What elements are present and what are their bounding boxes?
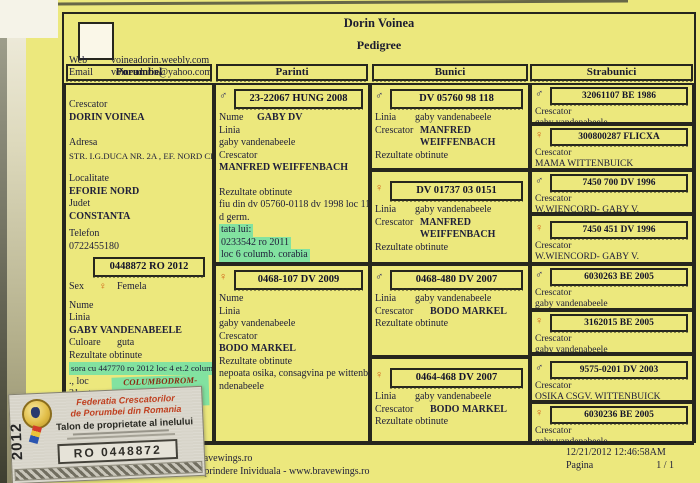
crescator-row: Crescator MANFRED WEIFFENBACH <box>375 125 525 150</box>
ring-number: 6030263 BE 2005 <box>550 268 688 286</box>
parent-dam-cell: ♀ 0468-107 DV 2009 Nume Linia gaby vande… <box>214 264 370 445</box>
result-line-1: nepoata osika, consagvina pe wittenbuick… <box>219 368 365 381</box>
crescator-row: Crescator BODO MARKEL <box>375 404 525 417</box>
linia-row: Linia gaby vandenabeele <box>375 391 525 404</box>
crescator-value: W.WIENCORD- GABY V. <box>535 205 689 214</box>
ring-number: 3162015 BE 2005 <box>550 314 688 332</box>
great-grandparent-cell-4: ♀ 7450 451 DV 1996 Crescator W.WIENCORD-… <box>530 214 694 264</box>
ring-row: ♀ 3162015 BE 2005 <box>535 314 688 332</box>
ring-number: 7450 700 DV 1996 <box>550 174 688 192</box>
crescator-label: Crescator <box>375 404 430 417</box>
linia-value: gaby vandenabeele <box>219 137 365 150</box>
female-icon: ♀ <box>99 281 117 294</box>
scan-top-line <box>58 0 628 5</box>
female-icon: ♀ <box>219 270 234 284</box>
sex-row: Sex ♀ Femela <box>69 281 209 294</box>
male-icon: ♂ <box>535 361 550 375</box>
crescator-label: Crescator <box>375 306 430 319</box>
female-icon: ♀ <box>535 221 550 235</box>
linia-label: Linia <box>375 293 415 306</box>
crescator-label: Crescator <box>535 381 689 392</box>
nume-row: Nume GABY DV <box>219 112 365 125</box>
linia-value: gaby vandenabeele <box>219 318 365 331</box>
subject-ring-number: 0448872 RO 2012 <box>93 257 205 277</box>
crescator-value: gaby vandenabeele <box>535 437 689 445</box>
male-icon: ♂ <box>375 89 390 103</box>
crescator-value: OSIKA CSGV. WITTENBUICK <box>535 392 689 402</box>
great-grandparent-cell-1: ♂ 32061107 BE 1986 Crescator gaby vanden… <box>530 83 694 124</box>
nume-value: GABY DV <box>257 112 302 125</box>
ring-number: 9575-0201 DV 2003 <box>550 361 688 379</box>
great-grandparent-cell-8: ♀ 6030236 BE 2005 Crescator gaby vandena… <box>530 402 694 445</box>
crescator-row: Crescator BODO MARKEL <box>375 306 525 319</box>
ring-row: ♀ 6030236 BE 2005 <box>535 406 688 424</box>
owner-city: EFORIE NORD <box>69 186 209 199</box>
nume-label: Nume <box>219 112 257 125</box>
crescator-value: gaby vandenabeele <box>535 345 689 354</box>
owner-county: CONSTANTA <box>69 211 209 224</box>
ring-row: ♀ DV 01737 03 0151 <box>375 181 523 201</box>
telefon-label: Telefon <box>69 228 209 241</box>
adresa-label: Adresa <box>69 137 209 150</box>
grandparent-cell-1: ♂ DV 05760 98 118 Linia gaby vandenabeel… <box>370 83 530 170</box>
female-icon: ♀ <box>535 406 550 420</box>
crescator-label: Crescator <box>69 99 209 112</box>
great-grandparent-cell-6: ♀ 3162015 BE 2005 Crescator gaby vandena… <box>530 310 694 354</box>
ring-row: ♂ 9575-0201 DV 2003 <box>535 361 688 379</box>
ring-number: 300800287 FLICXA <box>550 128 688 146</box>
ring-row: ♂ 23-22067 HUNG 2008 <box>219 89 363 109</box>
crescator-label: Crescator <box>535 148 689 159</box>
scan-corner <box>0 0 58 38</box>
owner-address: STR. I.G.DUCA NR. 2A , EF. NORD CP 3 <box>69 150 209 163</box>
footer-right: 12/21/2012 12:46:58AM Pagina 1 / 1 <box>566 446 696 472</box>
male-icon: ♂ <box>535 87 550 101</box>
crescator-value: BODO MARKEL <box>430 404 507 417</box>
crescator-value: gaby vandenabeele <box>535 299 689 310</box>
ring-number: 0468-480 DV 2007 <box>390 270 523 290</box>
linia-value: gaby vandenabeele <box>415 112 491 125</box>
ring-number: 6030236 BE 2005 <box>550 406 688 424</box>
linia-row: Linia gaby vandenabeele <box>375 204 525 217</box>
linia-value: gaby vandenabeele <box>415 293 491 306</box>
subject-line: GABY VANDENABEELE <box>69 325 209 338</box>
owner-phone: 0722455180 <box>69 241 209 254</box>
page-subtitle: Pedigree <box>64 38 694 53</box>
great-grandparent-cell-7: ♂ 9575-0201 DV 2003 Crescator OSIKA CSGV… <box>530 354 694 402</box>
linia-label: Linia <box>375 391 415 404</box>
column-header-parinti: Parinti <box>216 64 368 81</box>
rezultate-label: Rezultate obtinute <box>375 150 525 163</box>
federation-name: Federatia Crescatorilor de Porumbei din … <box>55 392 196 419</box>
result-line-2: d germ. <box>219 212 365 225</box>
crescator-value: MANFRED WEIFFENBACH <box>219 162 365 175</box>
crescator-label: Crescator <box>219 331 365 344</box>
highlight-line-2: 0233542 ro 2011 <box>219 237 365 250</box>
crescator-value: MANFRED WEIFFENBACH <box>420 125 525 150</box>
crescator-value: BODO MARKEL <box>219 343 365 356</box>
page-label: Pagina <box>566 459 593 472</box>
linia-value: gaby vandenabeele <box>415 204 491 217</box>
crescator-value: W.WIENCORD- GABY V. <box>535 252 689 263</box>
pedigree-table: Dorin Voinea Pedigree Web voineadorin.we… <box>62 12 696 443</box>
ring-row: ♀ 7450 451 DV 1996 <box>535 221 688 239</box>
nume-label: Nume <box>69 300 209 313</box>
result-line-1: fiu din dv 05760-0118 dv 1998 loc 11 nat… <box>219 199 365 212</box>
culoare-label: Culoare <box>69 337 117 350</box>
nume-label: Nume <box>219 293 365 306</box>
male-icon: ♂ <box>219 89 234 103</box>
rezultate-label: Rezultate obtinute <box>219 187 365 200</box>
linia-label: Linia <box>69 312 209 325</box>
linia-label: Linia <box>219 306 365 319</box>
female-icon: ♀ <box>535 128 550 142</box>
linia-label: Linia <box>219 125 365 138</box>
federation-stamp: 2012 Federatia Crescatorilor de Porumbei… <box>8 386 206 483</box>
ring-row: ♂ 0468-480 DV 2007 <box>375 270 523 290</box>
result-line-2: ndenabeele <box>219 381 365 394</box>
ring-row: ♂ DV 05760 98 118 <box>375 89 523 109</box>
ring-row: ♀ 0464-468 DV 2007 <box>375 368 523 388</box>
great-grandparent-cell-5: ♂ 6030263 BE 2005 Crescator gaby vandena… <box>530 264 694 310</box>
crescator-label: Crescator <box>375 217 420 242</box>
crescator-label: Crescator <box>535 334 689 345</box>
great-grandparent-cell-2: ♀ 300800287 FLICXA Crescator MAMA WITTEN… <box>530 124 694 170</box>
sex-label: Sex <box>69 281 99 294</box>
footer-page-row: Pagina 1 / 1 <box>566 459 696 472</box>
ring-number: DV 05760 98 118 <box>390 89 523 109</box>
sex-value: Femela <box>117 281 146 294</box>
crescator-label: Crescator <box>219 150 365 163</box>
column-header-porumbel: Porumbel <box>66 64 212 81</box>
subject-ring-row: 0448872 RO 2012 <box>93 257 205 277</box>
stamp-border-pattern <box>14 461 202 481</box>
linia-row: Linia gaby vandenabeele <box>375 112 525 125</box>
ring-row: ♀ 300800287 FLICXA <box>535 128 688 146</box>
culoare-row: Culoare guta <box>69 337 209 350</box>
crescator-value: MAMA WITTENBUICK <box>535 159 689 170</box>
linia-value: gaby vandenabeele <box>415 391 491 404</box>
linia-label: Linia <box>375 204 415 217</box>
culoare-value: guta <box>117 337 134 350</box>
column-header-bunici: Bunici <box>372 64 528 81</box>
column-header-strabunici: Strabunici <box>530 64 693 81</box>
judet-label: Judet <box>69 198 209 211</box>
highlight-line-1: tata lui: <box>219 224 365 237</box>
rezultate-label: Rezultate obtinute <box>375 242 525 255</box>
female-icon: ♀ <box>535 314 550 328</box>
ring-number: 32061107 BE 1986 <box>550 87 688 105</box>
grandparent-cell-2: ♀ DV 01737 03 0151 Linia gaby vandenabee… <box>370 170 530 264</box>
female-icon: ♀ <box>375 181 390 195</box>
male-icon: ♂ <box>535 268 550 282</box>
crescator-label: Crescator <box>535 288 689 299</box>
ring-row: ♀ 0468-107 DV 2009 <box>219 270 363 290</box>
rezultate-label: Rezultate obtinute <box>375 416 525 429</box>
page-value: 1 / 1 <box>656 459 674 472</box>
great-grandparent-cell-3: ♂ 7450 700 DV 1996 Crescator W.WIENCORD-… <box>530 170 694 214</box>
rezultate-label: Rezultate obtinute <box>375 318 525 331</box>
grandparent-cell-4: ♀ 0464-468 DV 2007 Linia gaby vandenabee… <box>370 357 530 445</box>
ring-number: 0468-107 DV 2009 <box>234 270 363 290</box>
crescator-label: Crescator <box>535 241 689 252</box>
female-icon: ♀ <box>375 368 390 382</box>
linia-row: Linia gaby vandenabeele <box>375 293 525 306</box>
stamp-year: 2012 <box>8 422 26 460</box>
ring-row: ♂ 7450 700 DV 1996 <box>535 174 688 192</box>
crescator-label: Crescator <box>375 125 420 150</box>
rezultate-label: Rezultate obtinute <box>219 356 365 369</box>
crescator-value: MANFRED WEIFFENBACH <box>420 217 525 242</box>
crescator-label: Crescator <box>535 426 689 437</box>
ring-number: 23-22067 HUNG 2008 <box>234 89 363 109</box>
subject-result-highlight-line: sora cu 447770 ro 2012 loc 4 et.2 columb… <box>69 362 209 376</box>
grandparent-cell-3: ♂ 0468-480 DV 2007 Linia gaby vandenabee… <box>370 264 530 357</box>
owner-name: DORIN VOINEA <box>69 112 209 125</box>
rezultate-label: Rezultate obtinute <box>69 350 209 363</box>
federation-emblem-icon <box>21 398 52 429</box>
ring-number: 7450 451 DV 1996 <box>550 221 688 239</box>
ring-number: 0464-468 DV 2007 <box>390 368 523 388</box>
male-icon: ♂ <box>535 174 550 188</box>
ring-number: DV 01737 03 0151 <box>390 181 523 201</box>
stamp-ring-number: RO 0448872 <box>57 439 178 464</box>
ring-row: ♂ 6030263 BE 2005 <box>535 268 688 286</box>
highlight-line-3: loc 6 columb. corabia <box>219 249 365 262</box>
page-title: Dorin Voinea <box>64 16 694 31</box>
crescator-row: Crescator MANFRED WEIFFENBACH <box>375 217 525 242</box>
footer-datetime: 12/21/2012 12:46:58AM <box>566 446 696 459</box>
parent-sire-cell: ♂ 23-22067 HUNG 2008 Nume GABY DV Linia … <box>214 83 370 264</box>
ring-row: ♂ 32061107 BE 1986 <box>535 87 688 105</box>
crescator-label: Crescator <box>535 194 689 205</box>
linia-label: Linia <box>375 112 415 125</box>
male-icon: ♂ <box>375 270 390 284</box>
crescator-label: Crescator <box>535 107 689 118</box>
pedigree-scan: Dorin Voinea Pedigree Web voineadorin.we… <box>0 0 700 483</box>
crescator-value: BODO MARKEL <box>430 306 507 319</box>
localitate-label: Localitate <box>69 173 209 186</box>
